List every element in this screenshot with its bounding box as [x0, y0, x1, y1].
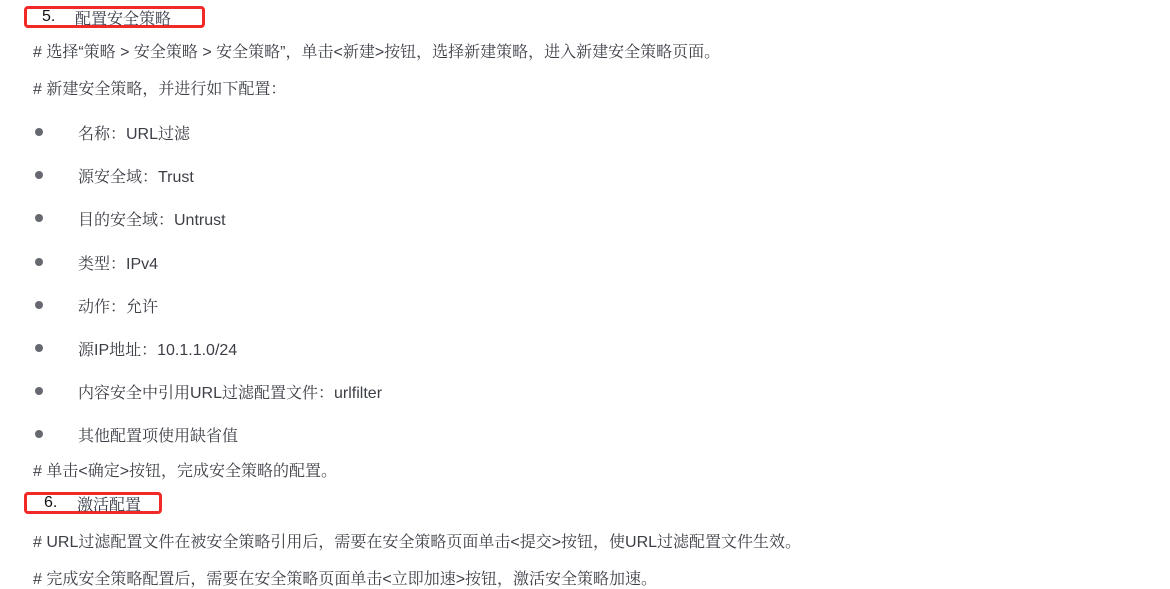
- list-item: 动作：允许: [33, 295, 43, 315]
- list-item: 源IP地址：10.1.1.0/24: [33, 338, 43, 358]
- instruction-paragraph: # 单击<确定>按钮，完成安全策略的配置。: [33, 462, 337, 482]
- bullet-icon: [35, 387, 43, 395]
- list-item: 目的安全域：Untrust: [33, 208, 43, 228]
- bullet-icon: [35, 171, 43, 179]
- instruction-paragraph: # 新建安全策略，并进行如下配置：: [33, 80, 286, 100]
- instruction-paragraph: # URL过滤配置文件在被安全策略引用后，需要在安全策略页面单击<提交>按钮，使…: [33, 533, 801, 553]
- section-title: 配置安全策略: [75, 6, 171, 29]
- bullet-icon: [35, 301, 43, 309]
- list-item-text: 源安全域：Trust: [78, 164, 194, 187]
- list-item: 名称：URL过滤: [33, 122, 43, 142]
- list-item-text: 目的安全域：Untrust: [78, 207, 226, 230]
- list-item-text: 名称：URL过滤: [78, 121, 190, 144]
- list-item: 源安全域：Trust: [33, 165, 43, 185]
- list-item-text: 动作：允许: [78, 294, 158, 317]
- instruction-paragraph: # 完成安全策略配置后，需要在安全策略页面单击<立即加速>按钮，激活安全策略加速…: [33, 570, 657, 589]
- list-item: 内容安全中引用URL过滤配置文件：urlfilter: [33, 381, 43, 401]
- section-title: 激活配置: [77, 492, 141, 515]
- list-item: 类型：IPv4: [33, 252, 43, 272]
- section-number: 6.: [44, 494, 77, 512]
- list-item-text: 其他配置项使用缺省值: [78, 423, 238, 446]
- list-item: 其他配置项使用缺省值: [33, 424, 43, 444]
- list-item-text: 内容安全中引用URL过滤配置文件：urlfilter: [78, 380, 382, 403]
- list-item-text: 类型：IPv4: [78, 251, 158, 274]
- bullet-icon: [35, 430, 43, 438]
- section-heading-5: 5. 配置安全策略: [24, 6, 205, 28]
- list-item-text: 源IP地址：10.1.1.0/24: [78, 337, 237, 360]
- bullet-icon: [35, 214, 43, 222]
- instruction-paragraph: # 选择“策略 > 安全策略 > 安全策略”，单击<新建>按钮，选择新建策略，进…: [33, 43, 720, 63]
- bullet-icon: [35, 258, 43, 266]
- section-heading-6: 6. 激活配置: [24, 492, 162, 514]
- bullet-icon: [35, 128, 43, 136]
- bullet-icon: [35, 344, 43, 352]
- section-number: 5.: [42, 8, 75, 26]
